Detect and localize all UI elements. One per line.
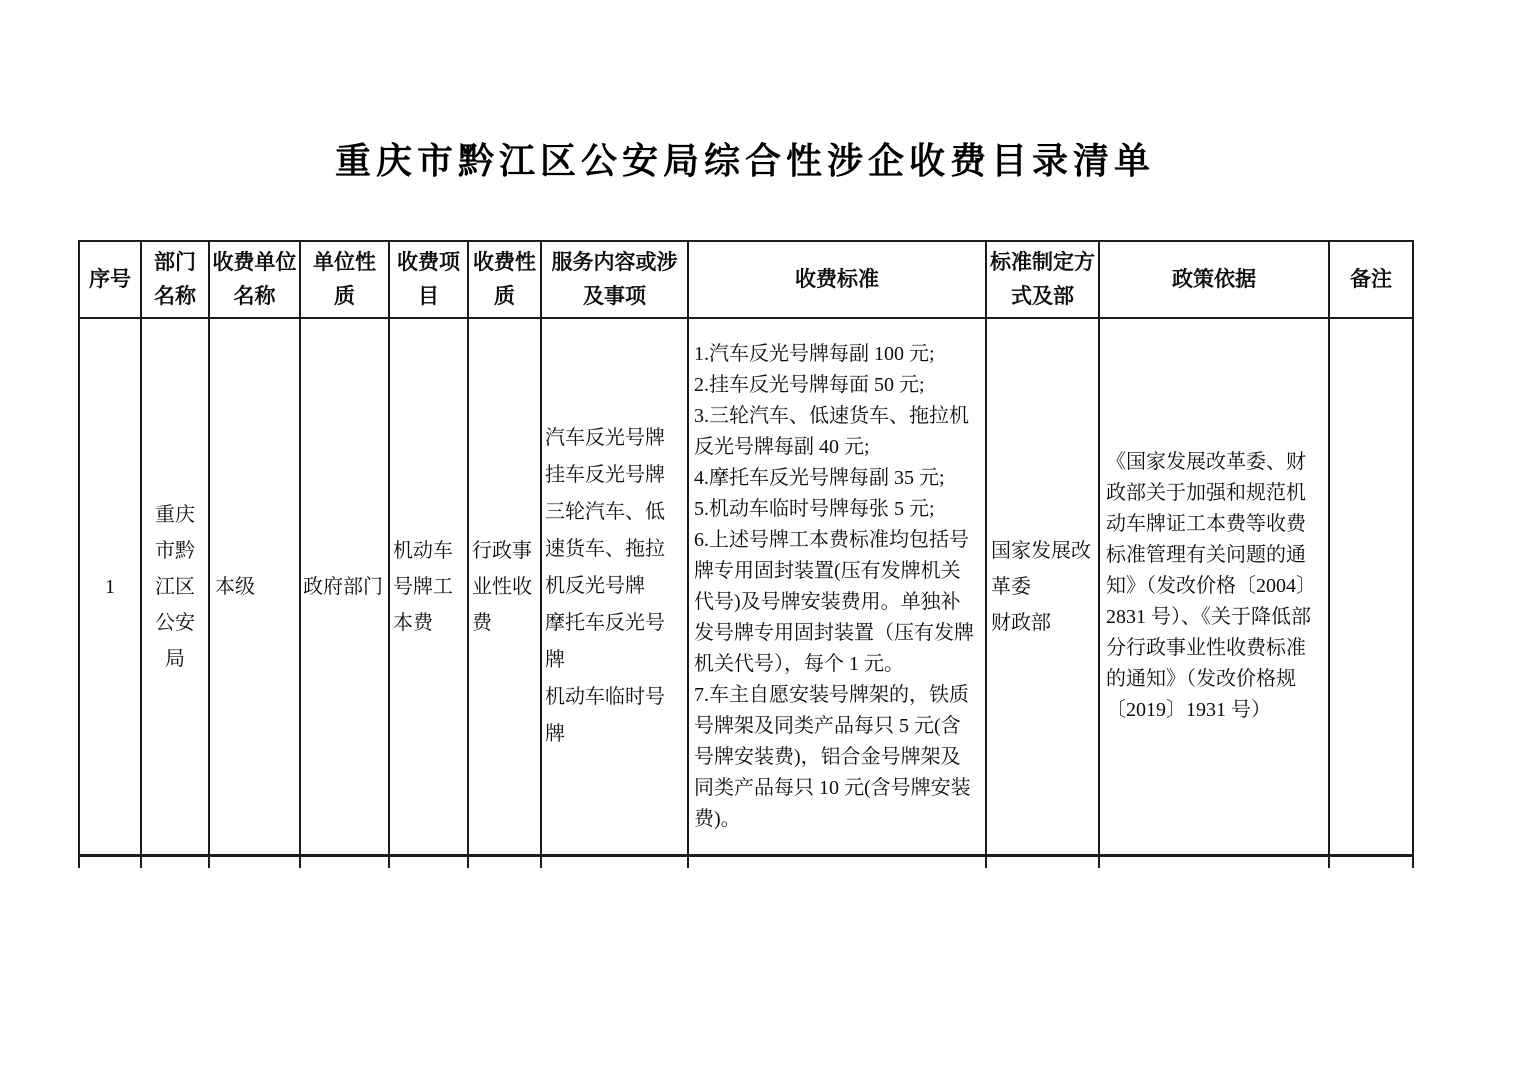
cell-department: 重庆市黔江区公安局 <box>141 318 209 856</box>
cell-policy-basis: 《国家发展改革委、财政部关于加强和规范机动车牌证工本费等收费标准管理有关问题的通… <box>1099 318 1329 856</box>
header-row: 序号 部门名称 收费单位名称 单位性质 收费项目 收费性质 服务内容或涉及事项 … <box>79 241 1413 318</box>
cell-seq: 1 <box>79 318 141 856</box>
fee-table: 序号 部门名称 收费单位名称 单位性质 收费项目 收费性质 服务内容或涉及事项 … <box>78 240 1414 868</box>
col-header-service-content: 服务内容或涉及事项 <box>541 241 688 318</box>
col-header-charging-unit: 收费单位名称 <box>209 241 300 318</box>
cell-unit-nature: 政府部门 <box>300 318 389 856</box>
cell-fee-item: 机动车号牌工本费 <box>389 318 468 856</box>
table-row: 1 重庆市黔江区公安局 本级 政府部门 机动车号牌工本费 行政事业性收费 汽车反… <box>79 318 1413 856</box>
clipped-next-row <box>79 856 1413 869</box>
document-page: 重庆市黔江区公安局综合性涉企收费目录清单 序号 部门名称 收费单位名称 单位性质… <box>0 0 1520 1074</box>
cell-fee-standard: 1.汽车反光号牌每副 100 元; 2.挂车反光号牌每面 50 元; 3.三轮汽… <box>688 318 986 856</box>
cell-remarks <box>1329 318 1413 856</box>
cell-service-content: 汽车反光号牌 挂车反光号牌 三轮汽车、低速货车、拖拉机反光号牌 摩托车反光号牌 … <box>541 318 688 856</box>
col-header-fee-nature: 收费性质 <box>468 241 541 318</box>
col-header-policy-basis: 政策依据 <box>1099 241 1329 318</box>
col-header-unit-nature: 单位性质 <box>300 241 389 318</box>
page-title: 重庆市黔江区公安局综合性涉企收费目录清单 <box>78 133 1412 184</box>
col-header-remarks: 备注 <box>1329 241 1413 318</box>
cell-standard-maker: 国家发展改革委 财政部 <box>986 318 1099 856</box>
cell-fee-nature: 行政事业性收费 <box>468 318 541 856</box>
col-header-fee-standard: 收费标准 <box>688 241 986 318</box>
col-header-standard-maker: 标准制定方式及部 <box>986 241 1099 318</box>
col-header-department: 部门名称 <box>141 241 209 318</box>
col-header-fee-item: 收费项目 <box>389 241 468 318</box>
cell-charging-unit: 本级 <box>209 318 300 856</box>
col-header-seq: 序号 <box>79 241 141 318</box>
